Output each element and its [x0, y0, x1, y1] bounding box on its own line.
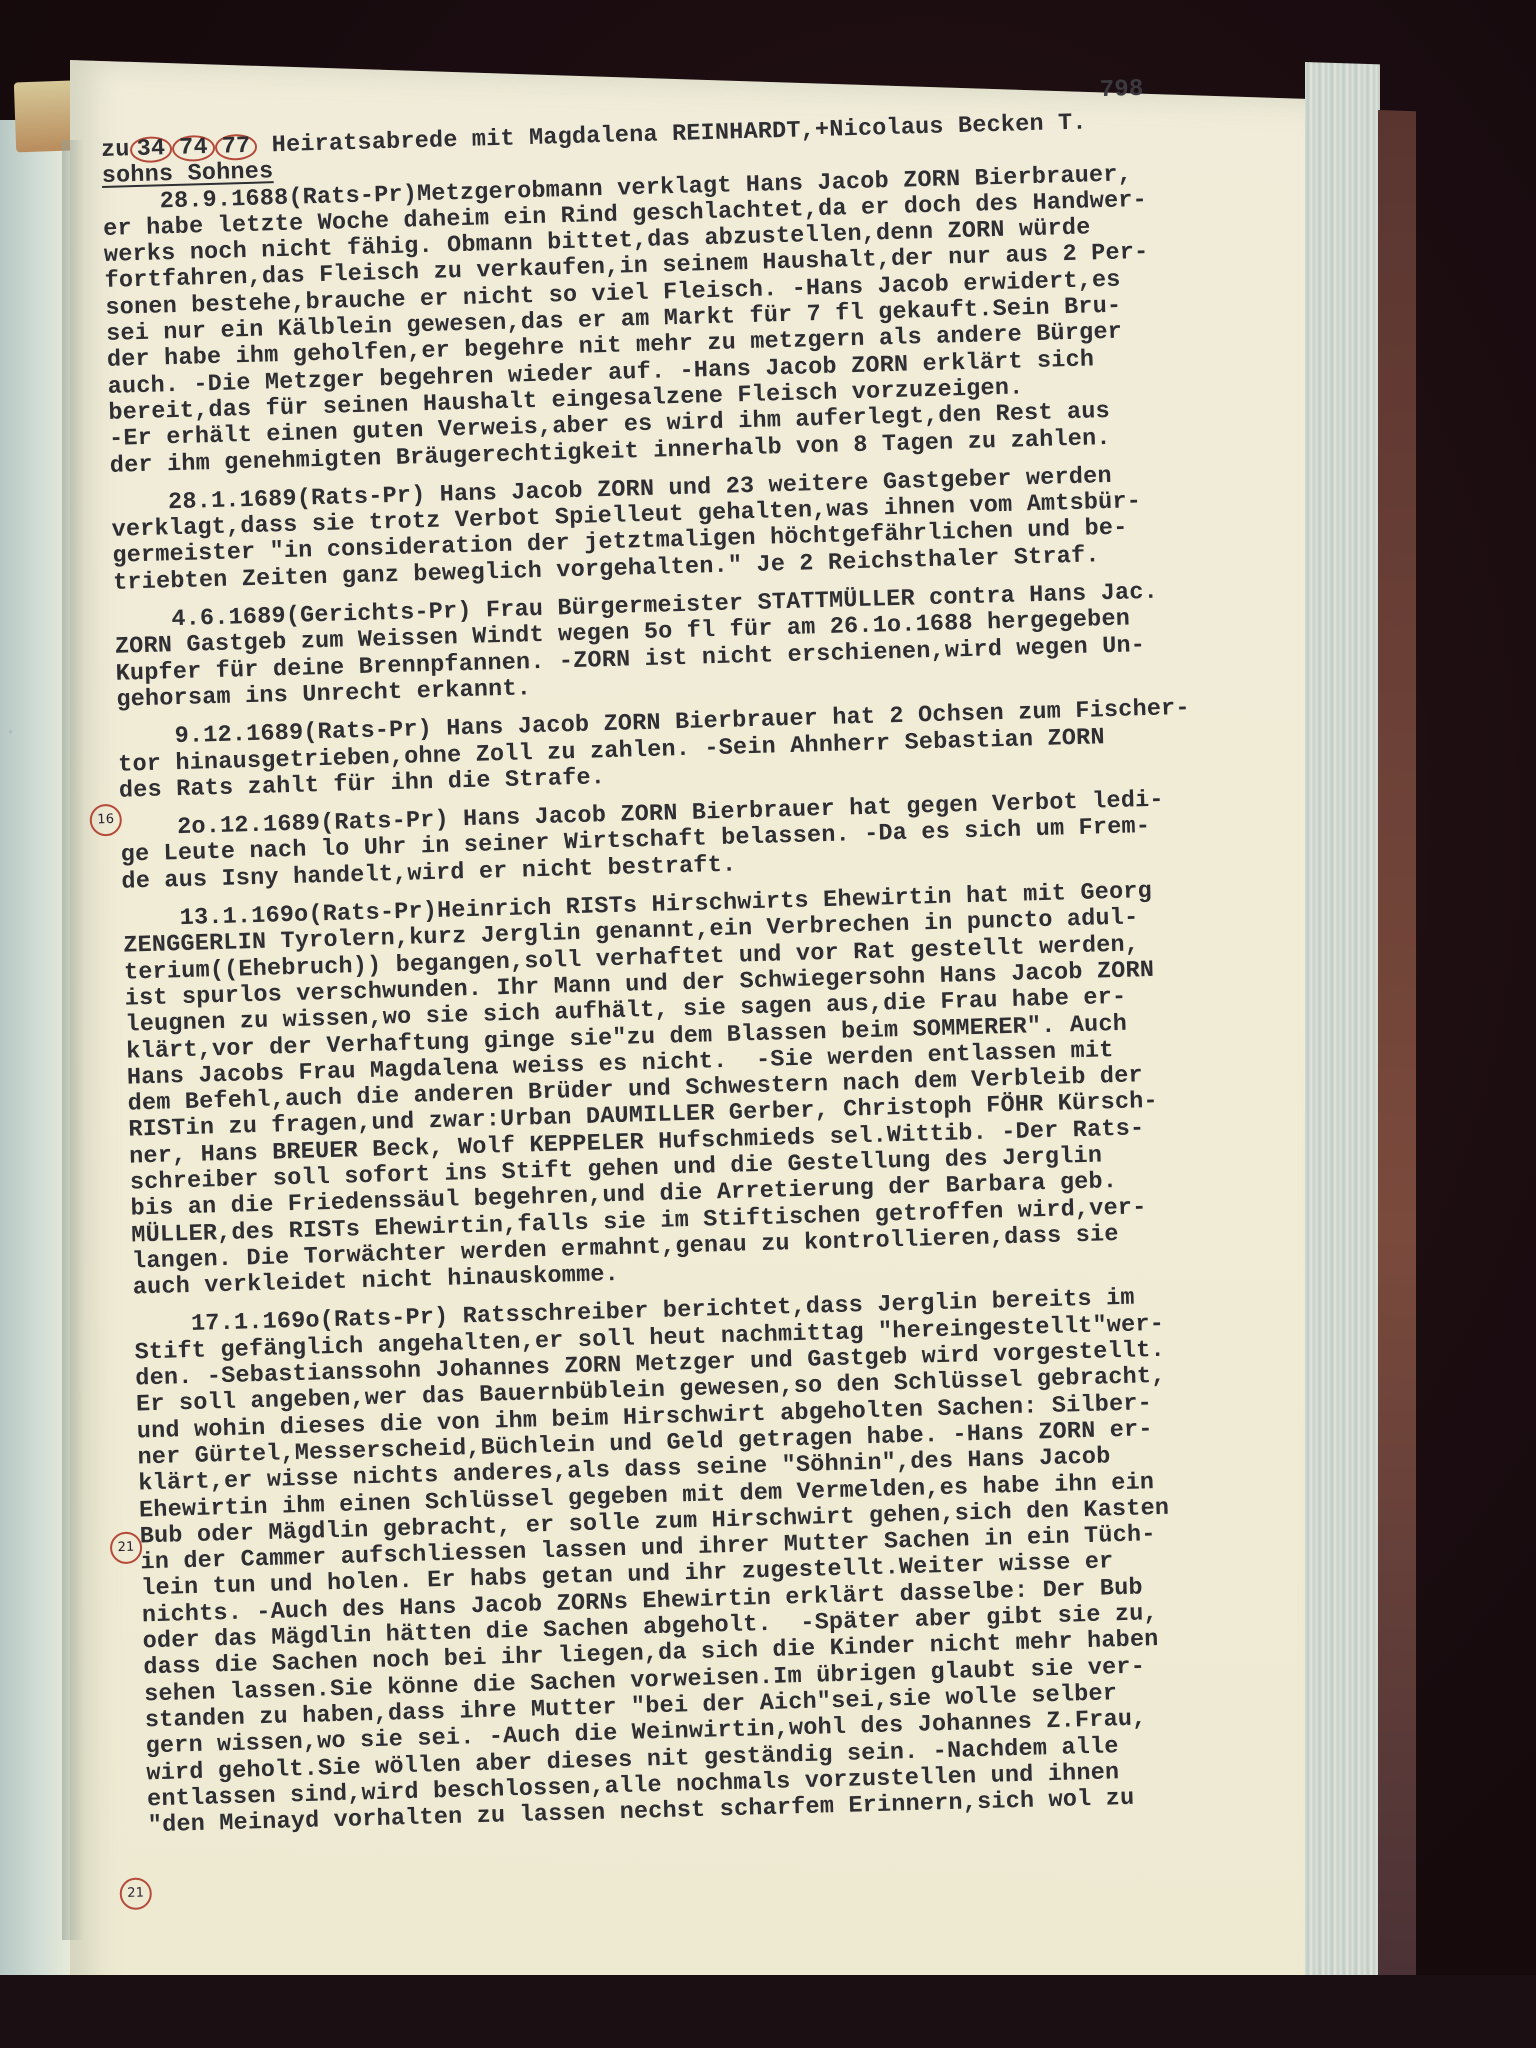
- entry-paragraph: 17.1.169o(Rats-Pr) Ratsschreiber bericht…: [134, 1280, 1358, 1840]
- ref-circle: 74: [172, 135, 215, 162]
- book-cover-edge: [1378, 110, 1416, 1981]
- background-surface: [0, 1975, 1536, 2048]
- page-number: 798: [1099, 77, 1144, 105]
- ref-circle: 77: [215, 134, 258, 161]
- spine-shadow: [62, 140, 84, 1940]
- bleed-through-text: ·: [4, 720, 17, 745]
- entry-paragraph: 13.1.169o(Rats-Pr)Heinrich RISTs Hirschw…: [122, 874, 1343, 1302]
- typewritten-text: 798 zu347477 Heiratsabrede mit Magdalena…: [100, 78, 1358, 1840]
- entries-container: 28.9.1688(Rats-Pr)Metzgerobmann verklagt…: [102, 157, 1358, 1840]
- facing-page-edge: ·: [0, 120, 70, 2000]
- ref-circle: 34: [129, 136, 172, 163]
- entry-paragraph: 28.9.1688(Rats-Pr)Metzgerobmann verklagt…: [102, 157, 1320, 480]
